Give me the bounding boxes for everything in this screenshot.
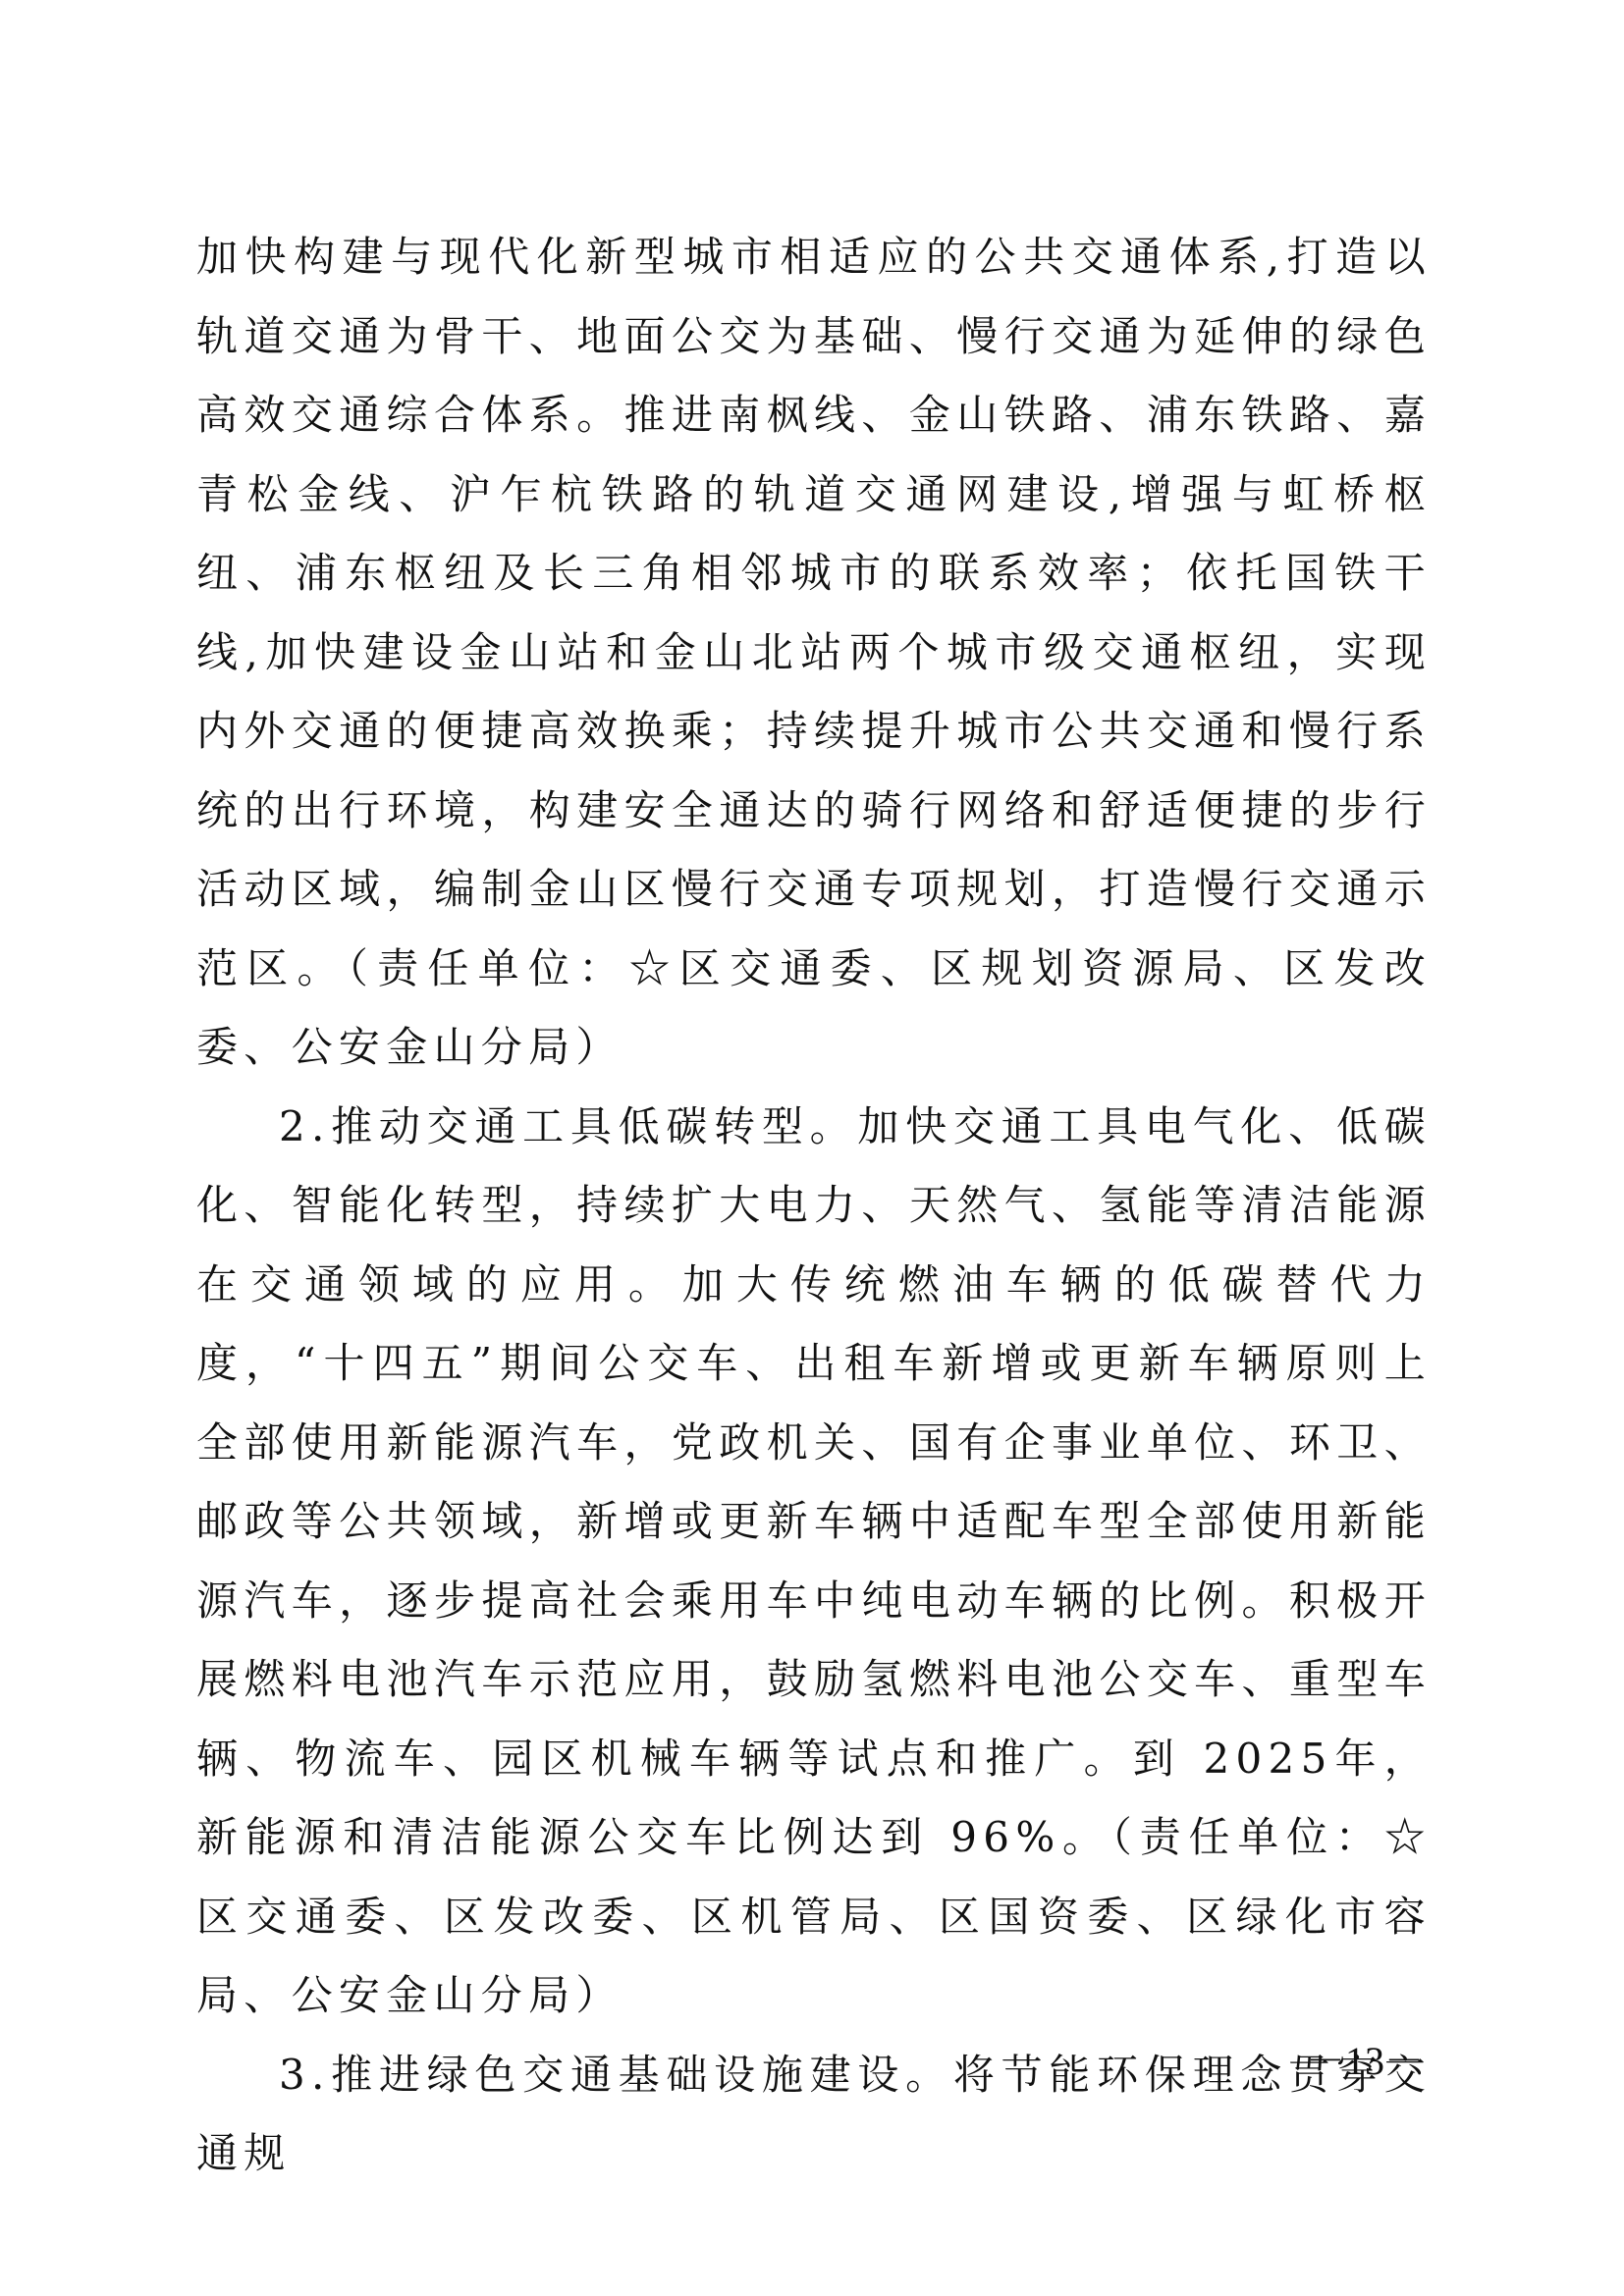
paragraph-item-3: 3.推进绿色交通基础设施建设。将节能环保理念贯穿交通规 [196, 2036, 1432, 2194]
paragraph-continued: 加快构建与现代化新型城市相适应的公共交通体系,打造以轨道交通为骨干、地面公交为基… [196, 218, 1432, 1088]
document-page: 加快构建与现代化新型城市相适应的公共交通体系,打造以轨道交通为骨干、地面公交为基… [0, 0, 1624, 2296]
body-text: 加快构建与现代化新型城市相适应的公共交通体系,打造以轨道交通为骨干、地面公交为基… [196, 218, 1432, 2194]
page-number: －13－ [1296, 2030, 1434, 2086]
paragraph-item-2: 2.推动交通工具低碳转型。加快交通工具电气化、低碳化、智能化转型，持续扩大电力、… [196, 1088, 1432, 2036]
